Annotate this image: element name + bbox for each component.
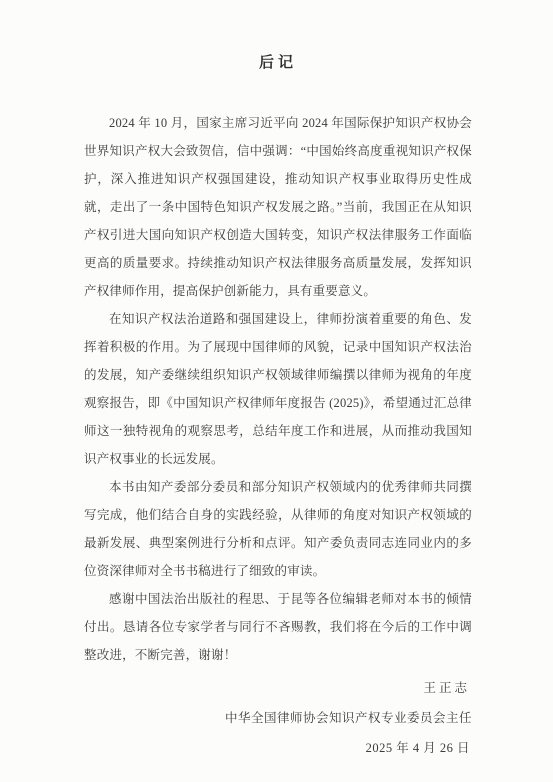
signature-block: 王正志 中华全国律师协会知识产权专业委员会主任 2025 年 4 月 26 日 (84, 673, 472, 763)
afterword-paragraph-2: 在知识产权法治道路和强国建设上，律师扮演着重要的角色、发挥着积极的作用。为了展现… (84, 305, 472, 473)
signature-author-title: 中华全国律师协会知识产权专业委员会主任 (84, 703, 472, 733)
afterword-body: 2024 年 10 月，国家主席习近平向 2024 年国际保护知识产权协会世界知… (84, 109, 472, 669)
signature-date: 2025 年 4 月 26 日 (84, 733, 472, 763)
afterword-paragraph-4: 感谢中国法治出版社的程思、于昆等各位编辑老师对本书的倾情付出。恳请各位专家学者与… (84, 585, 472, 669)
afterword-paragraph-1: 2024 年 10 月，国家主席习近平向 2024 年国际保护知识产权协会世界知… (84, 109, 472, 305)
signature-name: 王正志 (84, 673, 472, 703)
afterword-paragraph-3: 本书由知产委部分委员和部分知识产权领域内的优秀律师共同撰写完成，他们结合自身的实… (84, 473, 472, 585)
afterword-page: 后记 2024 年 10 月，国家主席习近平向 2024 年国际保护知识产权协会… (0, 0, 553, 782)
page-title: 后记 (84, 0, 472, 73)
